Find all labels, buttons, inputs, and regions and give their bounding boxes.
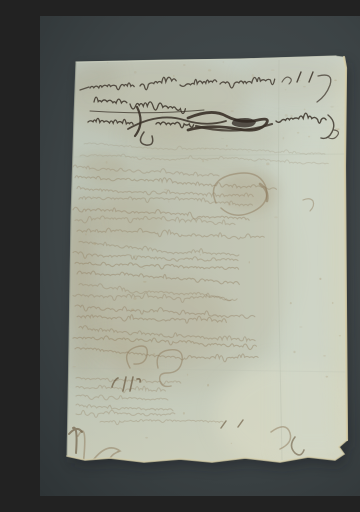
foxing-speck	[93, 196, 94, 197]
manuscript-svg	[40, 16, 360, 496]
foxing-speck	[299, 326, 302, 327]
foxing-speck	[271, 70, 275, 71]
foxing-speck	[133, 297, 136, 299]
foxing-speck	[290, 115, 292, 117]
foxing-speck	[290, 302, 292, 304]
foxing-speck	[339, 335, 341, 336]
foxing-speck	[207, 384, 209, 387]
foxing-speck	[285, 114, 288, 117]
foxing-speck	[330, 106, 333, 108]
foxing-speck	[187, 374, 188, 376]
foxing-speck	[106, 161, 108, 164]
foxing-speck	[252, 74, 254, 76]
foxing-speck	[72, 366, 75, 367]
foxing-speck	[248, 151, 250, 152]
foxing-speck	[206, 160, 208, 161]
foxing-speck	[106, 109, 109, 110]
foxing-speck	[85, 343, 87, 345]
foxing-speck	[274, 216, 278, 218]
foxing-speck	[208, 69, 211, 71]
foxing-speck	[332, 302, 334, 304]
foxing-speck	[283, 137, 285, 139]
foxing-speck	[134, 71, 137, 74]
foxing-speck	[293, 351, 295, 353]
foxing-speck	[183, 412, 185, 415]
foxing-speck	[202, 160, 204, 163]
foxing-speck	[223, 61, 225, 63]
foxing-speck	[168, 200, 169, 202]
foxing-speck	[266, 163, 269, 166]
foxing-speck	[319, 278, 321, 280]
foxing-speck	[200, 254, 201, 256]
foxing-speck	[135, 255, 137, 257]
foxing-speck	[231, 443, 232, 444]
foxing-speck	[303, 86, 306, 87]
foxing-speck	[308, 136, 310, 138]
foxing-speck	[298, 80, 301, 81]
foxing-speck	[326, 376, 328, 378]
foxing-speck	[85, 233, 86, 235]
foxing-speck	[231, 111, 234, 112]
foxing-speck	[297, 132, 300, 134]
foxing-speck	[143, 268, 145, 269]
foxing-speck	[334, 79, 337, 81]
foxing-speck	[143, 281, 146, 282]
paper-sheet	[60, 51, 360, 488]
foxing-speck	[249, 261, 250, 263]
foxing-speck	[304, 108, 306, 110]
foxing-speck	[323, 355, 326, 356]
foxing-speck	[221, 138, 224, 139]
foxing-speck	[173, 75, 175, 77]
foxing-speck	[164, 189, 167, 191]
foxing-speck	[183, 64, 186, 66]
manuscript-photo: Handwritten manuscript page, cursive ink…	[40, 16, 360, 496]
foxing-speck	[226, 145, 228, 147]
foxing-speck	[285, 89, 287, 90]
foxing-speck	[145, 437, 148, 439]
